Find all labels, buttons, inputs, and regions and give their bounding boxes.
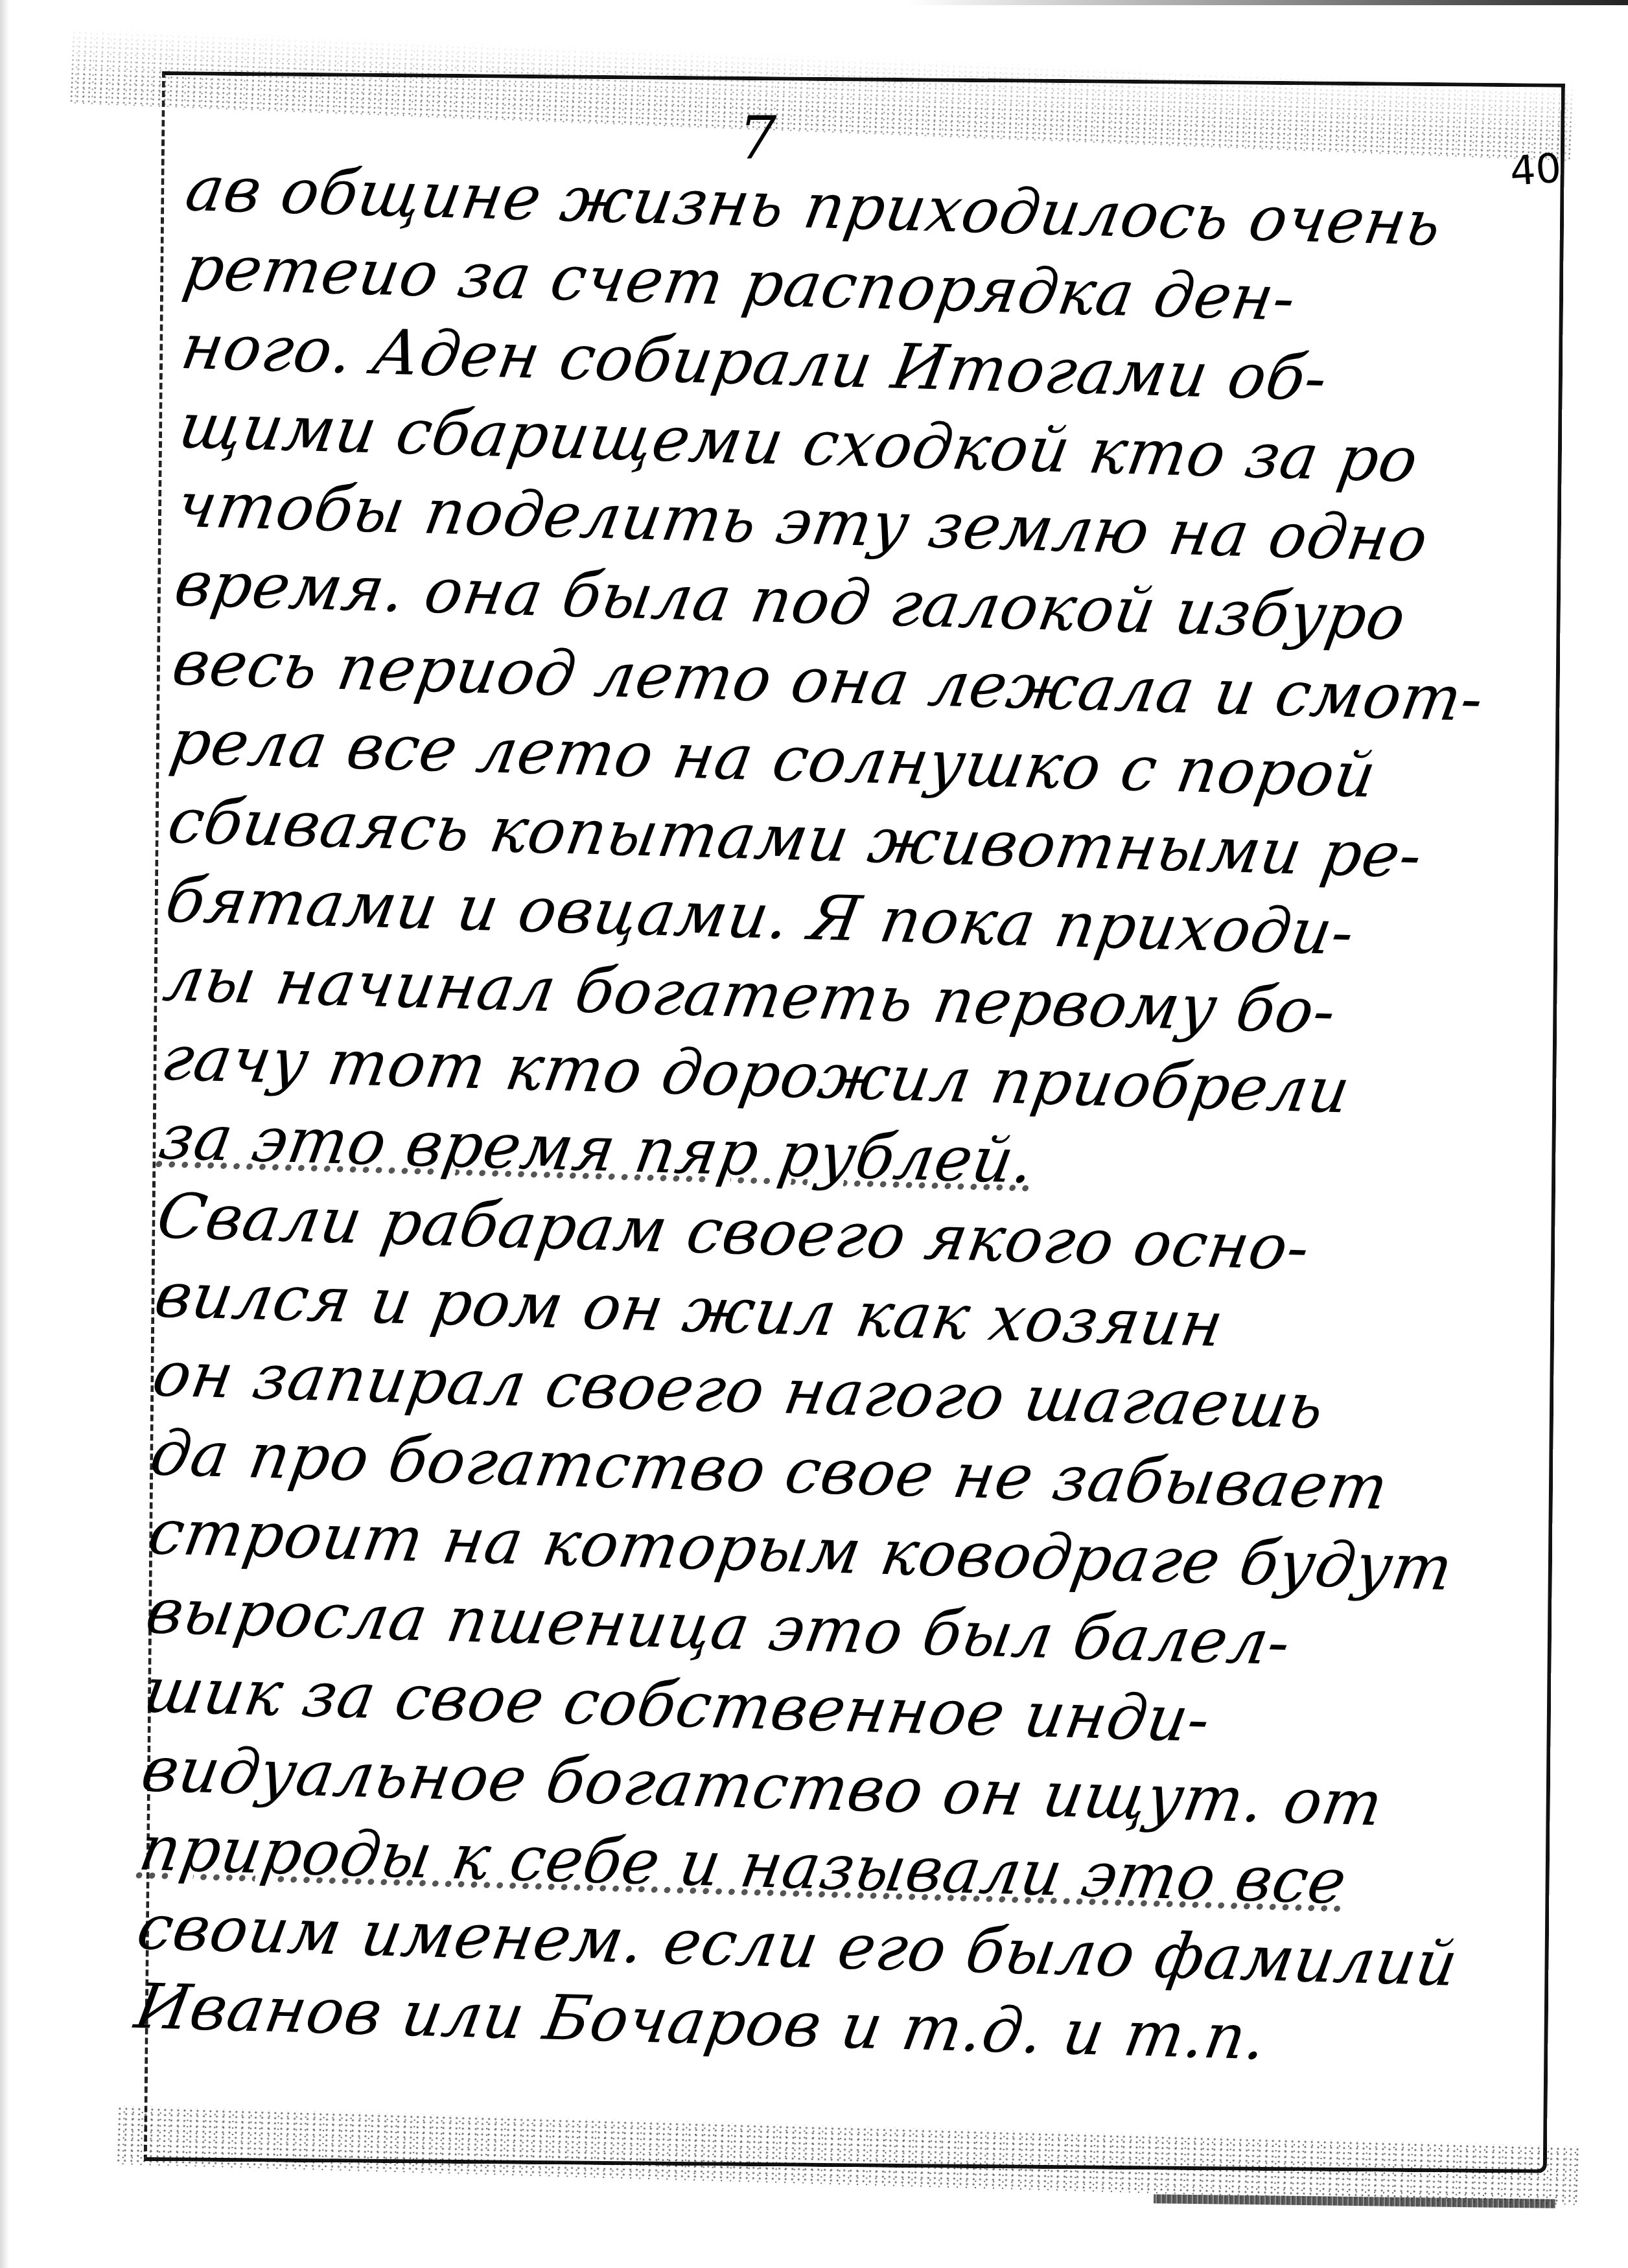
manuscript-body: ав общине жизнь приходилось очень ретеио… [135,149,1561,2084]
scan-top-smudge [907,0,1628,5]
page-number: 7 [739,104,777,173]
scan-left-edge [0,0,9,2268]
